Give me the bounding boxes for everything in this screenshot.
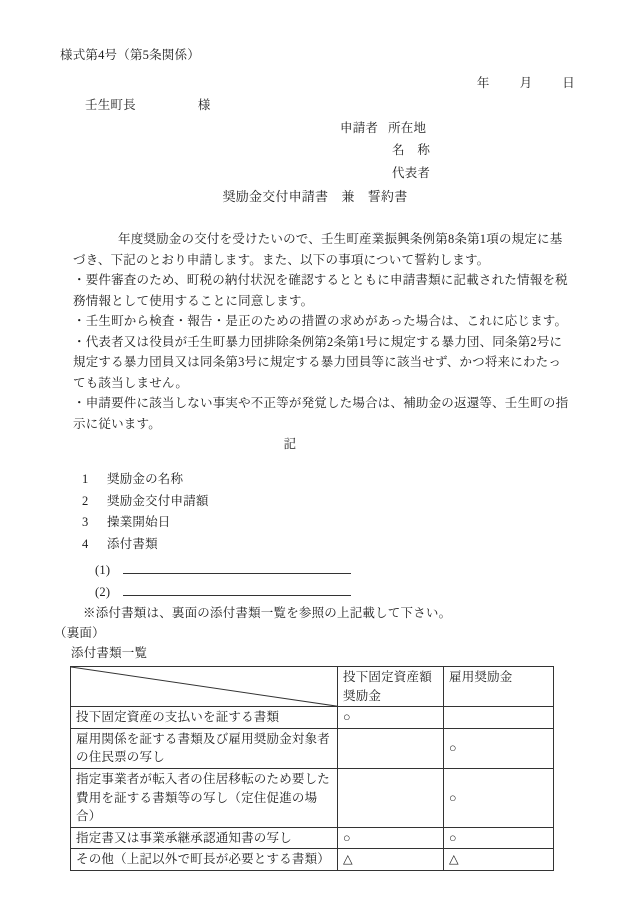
attachment-table: 投下固定資産額 奨励金 雇用奨励金 投下固定資産の支払いを証する書類 ○ 雇用関…	[70, 666, 554, 871]
ki-heading: 記	[60, 434, 520, 454]
attachment-blank-field-1[interactable]	[123, 560, 351, 574]
table-mark-cell: ○	[444, 768, 554, 827]
document-title: 奨励金交付申請書 兼 誓約書	[0, 187, 630, 207]
date-line: 年月日	[0, 73, 630, 94]
attachment-blank-row-2: (2)	[95, 581, 630, 603]
table-row: 雇用関係を証する書類及び雇用奨励金対象者の住民票の写し ○	[71, 728, 554, 768]
table-mark-cell: ○	[338, 707, 444, 729]
table-header-fixed-asset-label: 投下固定資産額 奨励金	[343, 670, 432, 703]
list-item: 2奨励金交付申請額	[82, 491, 630, 513]
list-item: 3操業開始日	[82, 512, 630, 534]
form-number: 様式第4号（第5条関係）	[60, 0, 630, 66]
applicant-field-representative: 代表者	[392, 162, 630, 185]
table-row-label: 指定書又は事業承継承認通知書の写し	[71, 827, 338, 849]
table-row-label: 指定事業者が転入者の住居移転のため要した費用を証する書類等の写し（定住促進の場合…	[71, 768, 338, 827]
table-mark-cell: △	[444, 849, 554, 871]
table-header-row: 投下固定資産額 奨励金 雇用奨励金	[71, 667, 554, 707]
list-item-label: 添付書類	[107, 537, 158, 551]
date-month-label: 月	[520, 76, 533, 90]
table-mark-cell: ○	[338, 827, 444, 849]
pledge-item-4: ・申請要件に該当しない事実や不正等が発覚した場合は、補助金の返還等、壬生町の指示…	[73, 393, 572, 434]
table-row: 投下固定資産の支払いを証する書類 ○	[71, 707, 554, 729]
applicant-label: 申請者	[340, 121, 378, 135]
table-mark-cell: △	[338, 849, 444, 871]
body-text: 年度奨励金の交付を受けたいので、壬生町産業振興条例第8条第1項の規定に基づき、下…	[73, 229, 572, 434]
opening-paragraph: 年度奨励金の交付を受けたいので、壬生町産業振興条例第8条第1項の規定に基づき、下…	[73, 229, 572, 270]
date-year-label: 年	[477, 76, 490, 90]
table-mark-cell: ○	[444, 827, 554, 849]
list-item-number: 3	[82, 512, 107, 534]
applicant-row-address: 申請者所在地	[340, 117, 630, 140]
pledge-item-3: ・代表者又は役員が壬生町暴力団排除条例第2条第1号に規定する暴力団、同条第2号に…	[73, 332, 572, 394]
list-item-number: 4	[82, 534, 107, 556]
list-item-label: 奨励金の名称	[107, 472, 183, 486]
table-header-fixed-asset: 投下固定資産額 奨励金	[338, 667, 444, 707]
table-mark-cell: ○	[444, 728, 554, 768]
list-item-number: 2	[82, 491, 107, 513]
diagonal-line	[71, 667, 337, 706]
applicant-field-address: 所在地	[388, 121, 426, 135]
attachment-blanks: (1) (2)	[95, 559, 630, 603]
year-fill-blank[interactable]	[73, 242, 118, 243]
attachment-blank-field-2[interactable]	[123, 582, 351, 596]
table-header-employment: 雇用奨励金	[444, 667, 554, 707]
applicant-block: 申請者所在地 名 称 代表者	[340, 117, 630, 185]
list-item-number: 1	[82, 469, 107, 491]
list-item-label: 操業開始日	[107, 515, 171, 529]
table-row-label: その他（上記以外で町長が必要とする書類）	[71, 849, 338, 871]
addressee-name: 壬生町長	[85, 98, 136, 112]
table-row: 指定事業者が転入者の住居移転のため要した費用を証する書類等の写し（定住促進の場合…	[71, 768, 554, 827]
addressee-honorific: 様	[198, 98, 211, 112]
table-header-employment-label: 雇用奨励金	[449, 670, 513, 684]
back-side-label: （裏面）	[54, 623, 630, 643]
pledge-item-2: ・壬生町から検査・報告・是正のための措置の求めがあった場合は、これに応じます。	[73, 311, 572, 332]
table-row-label: 投下固定資産の支払いを証する書類	[71, 707, 338, 729]
table-row-label: 雇用関係を証する書類及び雇用奨励金対象者の住民票の写し	[71, 728, 338, 768]
table-mark-cell	[338, 728, 444, 768]
table-header-diagonal-cell	[71, 667, 338, 707]
date-day-label: 日	[562, 76, 575, 90]
blank-label-1: (1)	[95, 559, 123, 581]
attachment-note: ※添付書類は、裏面の添付書類一覧を参照の上記載して下さい。	[83, 603, 630, 623]
applicant-field-name: 名 称	[392, 139, 630, 162]
attachment-table-caption: 添付書類一覧	[71, 643, 630, 663]
table-mark-cell	[444, 707, 554, 729]
document-page: 様式第4号（第5条関係） 年月日 壬生町長様 申請者所在地 名 称 代表者 奨励…	[0, 0, 630, 903]
list-item-label: 奨励金交付申請額	[107, 494, 209, 508]
table-row: その他（上記以外で町長が必要とする書類） △ △	[71, 849, 554, 871]
blank-label-2: (2)	[95, 581, 123, 603]
opening-paragraph-text: 年度奨励金の交付を受けたいので、壬生町産業振興条例第8条第1項の規定に基づき、下…	[73, 232, 562, 267]
attachment-blank-row-1: (1)	[95, 559, 630, 581]
pledge-item-1: ・要件審査のため、町税の納付状況を確認するとともに申請書類に記載された情報を税務…	[73, 270, 572, 311]
table-row: 指定書又は事業承継承認通知書の写し ○ ○	[71, 827, 554, 849]
table-mark-cell	[338, 768, 444, 827]
list-item: 1奨励金の名称	[82, 469, 630, 491]
addressee-line: 壬生町長様	[85, 95, 630, 116]
list-item: 4添付書類	[82, 534, 630, 556]
numbered-list: 1奨励金の名称 2奨励金交付申請額 3操業開始日 4添付書類	[82, 469, 630, 555]
